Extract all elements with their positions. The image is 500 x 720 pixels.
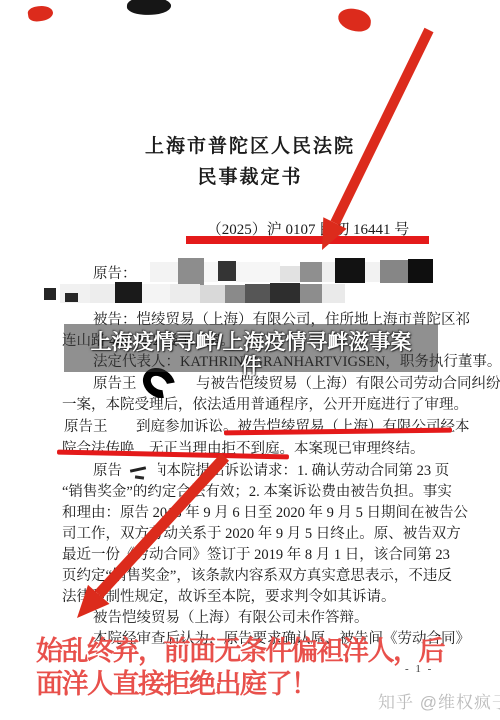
mosaic-cell [115, 282, 142, 303]
video-subtitle-banner: 上海疫情寻衅/上海疫情寻衅滋事案 件 [64, 324, 438, 372]
red-scribble-mark [27, 4, 54, 23]
mosaic-cell [300, 284, 322, 303]
zhihu-watermark: 知乎 @维权疯子 [378, 688, 500, 713]
mosaic-cell [270, 283, 300, 303]
doc-line: 最近一份《劳动合同》签订于 2019 年 8 月 1 日，该合同第 23 [62, 543, 450, 564]
mosaic-cell [322, 262, 335, 282]
doc-line: 页约定“销售奖金”，该条款内容系双方真实意思表示，不违反 [62, 564, 452, 585]
mosaic-cell [218, 261, 236, 281]
red-commentary-line2: 面洋人直接拒绝出庭了！ [36, 662, 317, 701]
mosaic-cell [200, 285, 225, 303]
mosaic-cell [335, 258, 365, 283]
red-scribble-mark [337, 7, 372, 33]
doc-line: 被告恺绫贸易（上海）有限公司未作答辩。 [93, 606, 369, 627]
mosaic-cell [204, 262, 218, 282]
banner-text-line2: 件 [64, 350, 438, 380]
mosaic-cell [300, 262, 322, 282]
court-ruling-screenshot: 上海市普陀区人民法院 民事裁定书 （2025）沪 0107 民初 16441 号… [0, 0, 500, 720]
mosaic-cell [90, 284, 115, 303]
doc-line: 司工作，双方劳动关系于 2020 年 9 月 5 日终止。原、被告双方 [62, 522, 461, 543]
mosaic-cell [322, 284, 345, 303]
mosaic-cell [380, 260, 408, 283]
black-ink-blob [127, 0, 172, 16]
red-highlight-bar [186, 236, 429, 244]
doc-line: 原告 [93, 459, 122, 480]
mosaic-cell [142, 284, 170, 303]
redaction-smudge [126, 462, 158, 484]
mosaic-cell [170, 284, 200, 303]
mosaic-cell [236, 262, 280, 282]
mosaic-cell [280, 266, 300, 282]
doc-line: 和理由：原告 2018 年 9 月 6 日至 2020 年 9 月 5 日期间在… [62, 501, 468, 522]
mosaic-cell [225, 285, 245, 303]
doc-line: 原告： [93, 262, 137, 283]
mosaic-cell [365, 262, 380, 282]
mosaic-cell [44, 288, 56, 300]
doc-line: “销售奖金”的约定合法有效；2. 本案诉讼费由被告负担。事实 [62, 480, 452, 501]
mosaic-cell [408, 259, 433, 283]
document-type-title: 民事裁定书 [0, 162, 500, 189]
doc-line: 原告王 [64, 415, 108, 436]
doc-line: 法律强制性规定，故诉至本院，要求判令如其诉请。 [62, 585, 396, 606]
page-number: - 1 - [405, 663, 433, 675]
doc-line: 一案，本院受理后，依法适用普通程序，公开开庭进行了审理。 [62, 393, 468, 414]
mosaic-cell [65, 293, 78, 302]
doc-line: 向本院提出诉讼请求：1. 确认劳动合同第 23 页 [152, 459, 449, 480]
mosaic-cell [245, 284, 270, 303]
court-name: 上海市普陀区人民法院 [0, 131, 500, 158]
mosaic-cell [150, 262, 178, 282]
